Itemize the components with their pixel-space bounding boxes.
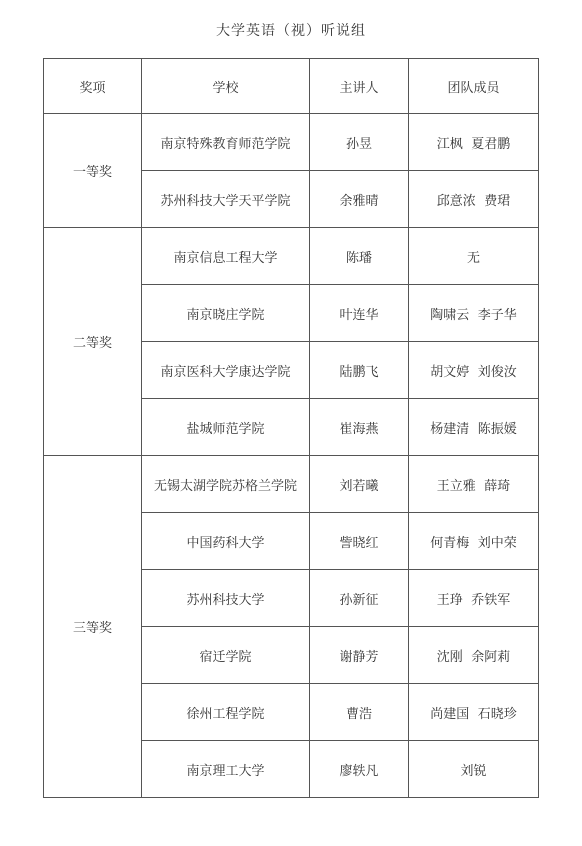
award-group-label: 一等奖 bbox=[44, 114, 142, 228]
table-row: 三等奖 无锡太湖学院苏格兰学院 刘若曦 王立雅 薛琦 bbox=[44, 456, 539, 513]
school-cell: 徐州工程学院 bbox=[142, 684, 310, 741]
school-cell: 南京晓庄学院 bbox=[142, 285, 310, 342]
speaker-cell: 刘若曦 bbox=[310, 456, 409, 513]
table-row: 一等奖 南京特殊教育师范学院 孙昱 江枫 夏君鹏 bbox=[44, 114, 539, 171]
team-cell: 尚建国 石晓珍 bbox=[409, 684, 539, 741]
school-cell: 南京信息工程大学 bbox=[142, 228, 310, 285]
team-cell: 刘锐 bbox=[409, 741, 539, 798]
school-cell: 苏州科技大学天平学院 bbox=[142, 171, 310, 228]
school-cell: 南京医科大学康达学院 bbox=[142, 342, 310, 399]
team-cell: 杨建清 陈振媛 bbox=[409, 399, 539, 456]
team-cell: 胡文婷 刘俊汝 bbox=[409, 342, 539, 399]
speaker-cell: 叶连华 bbox=[310, 285, 409, 342]
school-cell: 中国药科大学 bbox=[142, 513, 310, 570]
team-cell: 邱意浓 费珺 bbox=[409, 171, 539, 228]
team-cell: 王琤 乔铁军 bbox=[409, 570, 539, 627]
team-cell: 江枫 夏君鹏 bbox=[409, 114, 539, 171]
header-award: 奖项 bbox=[44, 59, 142, 114]
school-cell: 南京特殊教育师范学院 bbox=[142, 114, 310, 171]
speaker-cell: 孙新征 bbox=[310, 570, 409, 627]
team-cell: 何青梅 刘中荣 bbox=[409, 513, 539, 570]
speaker-cell: 陆鹏飞 bbox=[310, 342, 409, 399]
header-team: 团队成员 bbox=[409, 59, 539, 114]
table-header-row: 奖项 学校 主讲人 团队成员 bbox=[44, 59, 539, 114]
header-school: 学校 bbox=[142, 59, 310, 114]
school-cell: 盐城师范学院 bbox=[142, 399, 310, 456]
speaker-cell: 曹浩 bbox=[310, 684, 409, 741]
team-cell: 无 bbox=[409, 228, 539, 285]
table-row: 二等奖 南京信息工程大学 陈璠 无 bbox=[44, 228, 539, 285]
speaker-cell: 孙昱 bbox=[310, 114, 409, 171]
school-cell: 无锡太湖学院苏格兰学院 bbox=[142, 456, 310, 513]
speaker-cell: 崔海燕 bbox=[310, 399, 409, 456]
page-title: 大学英语（视）听说组 bbox=[0, 0, 582, 40]
team-cell: 沈刚 余阿莉 bbox=[409, 627, 539, 684]
document-page: 大学英语（视）听说组 奖项 学校 主讲人 团队成员 一等奖 南京特殊教育师范学院… bbox=[0, 0, 582, 846]
team-cell: 陶啸云 李子华 bbox=[409, 285, 539, 342]
speaker-cell: 陈璠 bbox=[310, 228, 409, 285]
school-cell: 宿迁学院 bbox=[142, 627, 310, 684]
speaker-cell: 廖轶凡 bbox=[310, 741, 409, 798]
speaker-cell: 谢静芳 bbox=[310, 627, 409, 684]
speaker-cell: 余雅晴 bbox=[310, 171, 409, 228]
awards-table: 奖项 学校 主讲人 团队成员 一等奖 南京特殊教育师范学院 孙昱 江枫 夏君鹏 … bbox=[43, 58, 539, 798]
award-group-label: 三等奖 bbox=[44, 456, 142, 798]
team-cell: 王立雅 薛琦 bbox=[409, 456, 539, 513]
speaker-cell: 訾晓红 bbox=[310, 513, 409, 570]
school-cell: 苏州科技大学 bbox=[142, 570, 310, 627]
school-cell: 南京理工大学 bbox=[142, 741, 310, 798]
header-speaker: 主讲人 bbox=[310, 59, 409, 114]
award-group-label: 二等奖 bbox=[44, 228, 142, 456]
